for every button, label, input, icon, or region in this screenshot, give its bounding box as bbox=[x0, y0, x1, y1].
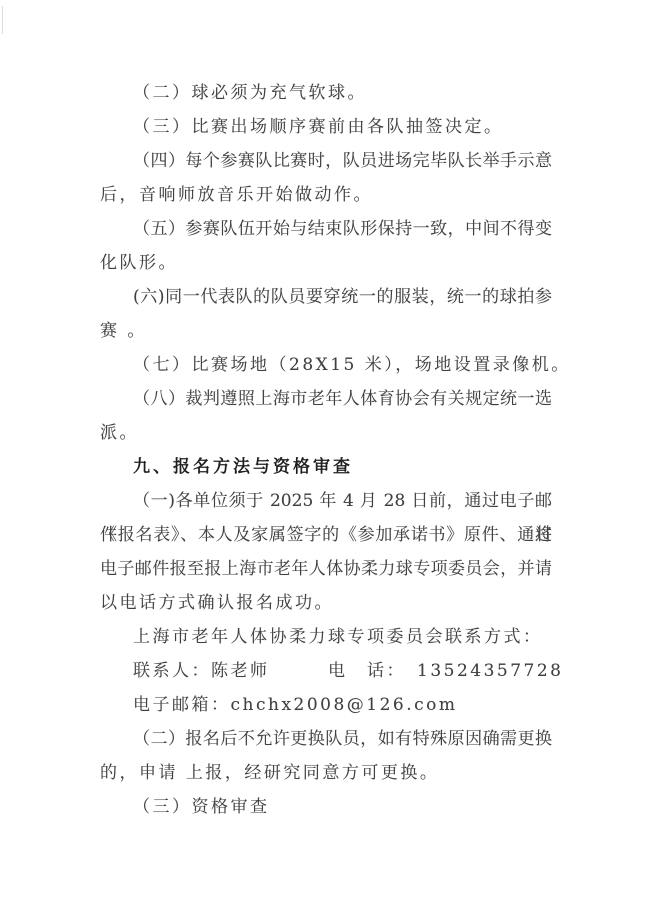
registration-item-1-line-3: 电子邮件报至报上海市老年人体协柔力球专项委员会，并请 bbox=[100, 552, 552, 586]
registration-item-2-line-1: （二）报名后不允许更换队员，如有特殊原因确需更换 bbox=[100, 722, 552, 756]
document-page: （二）球必须为充气软球。 （三）比赛出场顺序赛前由各队抽签决定。 （四）每个参赛… bbox=[0, 0, 650, 919]
registration-item-3: （三）资格审查 bbox=[100, 790, 552, 824]
rule-item-7: （七）比赛场地（28X15 米），场地设置录像机。 bbox=[100, 348, 552, 382]
registration-item-1-line-1: （一)各单位须于 2025 年 4 月 28 日前，通过电子邮件将 bbox=[100, 484, 552, 518]
rule-item-5-line-2: 化队形。 bbox=[100, 246, 552, 280]
rule-item-4-line-1: （四）每个参赛队比赛时，队员进场完毕队长举手示意 bbox=[100, 144, 552, 178]
document-body: （二）球必须为充气软球。 （三）比赛出场顺序赛前由各队抽签决定。 （四）每个参赛… bbox=[100, 76, 552, 824]
registration-item-1-line-2: 《报名表》、本人及家属签字的《参加承诺书》原件、通过 bbox=[100, 518, 552, 552]
registration-item-2-line-2: 的，申请 上报，经研究同意方可更换。 bbox=[100, 756, 552, 790]
rule-item-6-line-2: 赛 。 bbox=[100, 314, 552, 348]
contact-email-line: 电子邮箱：chchx2008@126.com bbox=[100, 688, 552, 722]
contact-person-phone-line: 联系人：陈老师 电 话： 13524357728 bbox=[100, 654, 552, 688]
rule-item-8-line-1: （八）裁判遵照上海市老年人体育协会有关规定统一选 bbox=[100, 382, 552, 416]
rule-item-3: （三）比赛出场顺序赛前由各队抽签决定。 bbox=[100, 110, 552, 144]
rule-item-8-line-2: 派。 bbox=[100, 416, 552, 450]
rule-item-4-line-2: 后，音响师放音乐开始做动作。 bbox=[100, 178, 552, 212]
section-heading: 九、报名方法与资格审查 bbox=[100, 450, 552, 484]
scan-artifact-line bbox=[2, 6, 3, 34]
registration-item-1-line-4: 以电话方式确认报名成功。 bbox=[100, 586, 552, 620]
rule-item-5-line-1: （五）参赛队伍开始与结束队形保持一致，中间不得变 bbox=[100, 212, 552, 246]
rule-item-6-line-1: (六)同一代表队的队员要穿统一的服装，统一的球拍参 bbox=[100, 280, 552, 314]
rule-item-2: （二）球必须为充气软球。 bbox=[100, 76, 552, 110]
contact-intro-line: 上海市老年人体协柔力球专项委员会联系方式： bbox=[100, 620, 552, 654]
